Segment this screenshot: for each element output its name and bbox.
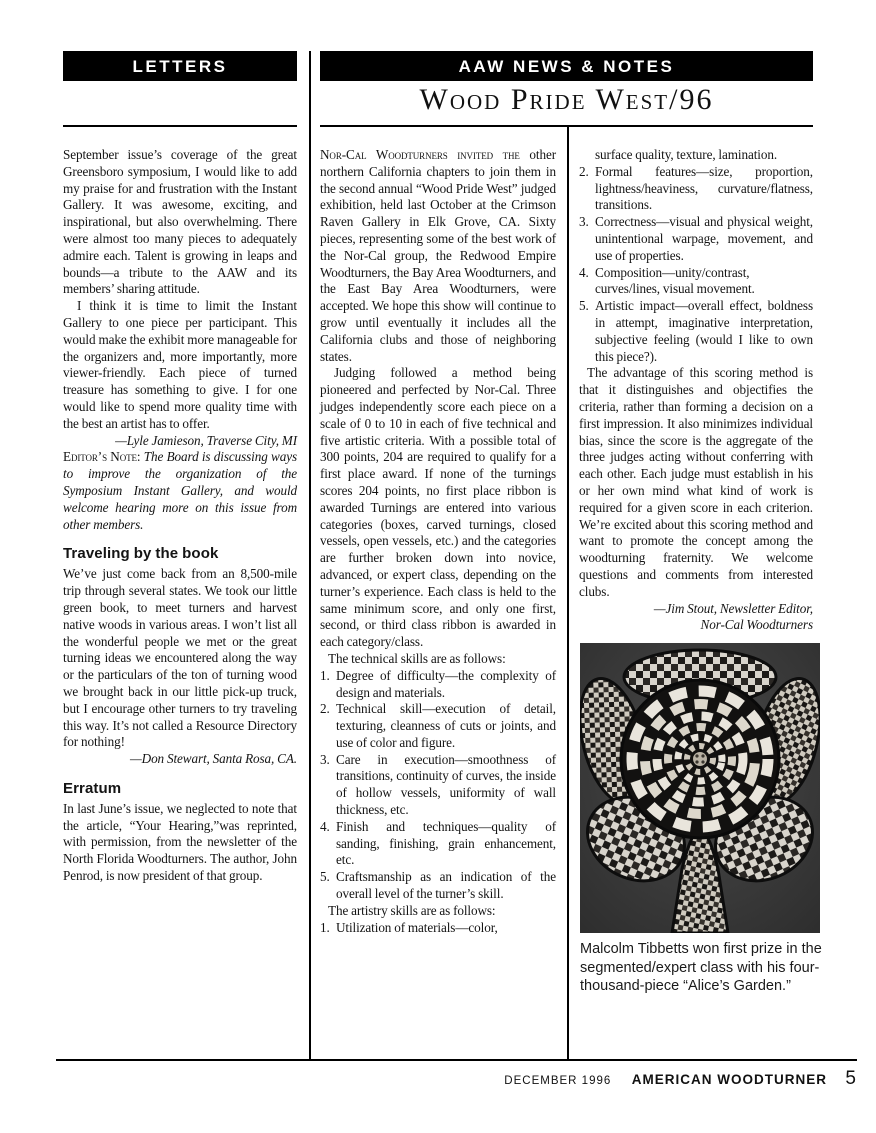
news-paragraph: Nor-Cal Woodturners invited the other no… bbox=[320, 147, 556, 365]
letters-column: September issue’s coverage of the great … bbox=[63, 147, 297, 885]
footer-page-number: 5 bbox=[845, 1068, 856, 1089]
letter-paragraph: I think it is time to limit the Instant … bbox=[63, 298, 297, 432]
column-rule-left bbox=[309, 51, 311, 1059]
technical-skill-item: 5.Craftsmanship as an indication of the … bbox=[320, 869, 556, 903]
artistry-skill-item: 4.Composition—unity/contrast, curves/lin… bbox=[579, 265, 813, 299]
letter-paragraph: In last June’s issue, we neglected to no… bbox=[63, 801, 297, 885]
article-title: Wood Pride West/96 bbox=[320, 83, 813, 117]
technical-skills-intro: The technical skills are as follows: bbox=[320, 651, 556, 668]
editors-note: Editor’s Note: The Board is discussing w… bbox=[63, 449, 297, 533]
letters-section-header: LETTERS bbox=[63, 51, 297, 81]
letter-heading: Traveling by the book bbox=[63, 544, 297, 563]
artistry-skill-continuation: surface quality, texture, lamination. bbox=[579, 147, 813, 164]
technical-skill-item: 3.Care in execution—smoothness of transi… bbox=[320, 752, 556, 819]
news-column-2: surface quality, texture, lamination. 2.… bbox=[579, 147, 813, 996]
letter-paragraph: We’ve just come back from an 8,500-mile … bbox=[63, 566, 297, 751]
news-section-header: AAW NEWS & NOTES bbox=[320, 51, 813, 81]
news-column-1: Nor-Cal Woodturners invited the other no… bbox=[320, 147, 556, 936]
letter-paragraph: September issue’s coverage of the great … bbox=[63, 147, 297, 298]
page-footer: DECEMBER 1996 AMERICAN WOODTURNER 5 bbox=[56, 1068, 856, 1090]
footer-issue-date: DECEMBER 1996 bbox=[504, 1075, 611, 1087]
artistry-skills-intro: The artistry skills are as follows: bbox=[320, 903, 556, 920]
artistry-skill-item: 5.Artistic impact—overall effect, boldne… bbox=[579, 298, 813, 365]
letter-signature: —Don Stewart, Santa Rosa, CA. bbox=[63, 751, 297, 768]
article-signature: —Jim Stout, Newsletter Editor,Nor-Cal Wo… bbox=[579, 601, 813, 635]
news-paragraph-text: other northern California chapters to jo… bbox=[320, 147, 556, 364]
news-paragraph: The advantage of this scoring method is … bbox=[579, 365, 813, 600]
technical-skill-item: 4.Finish and techniques—quality of sandi… bbox=[320, 819, 556, 869]
column-rule-right bbox=[567, 125, 569, 1059]
news-paragraph: Judging followed a method being pioneere… bbox=[320, 365, 556, 651]
magazine-page: LETTERS AAW NEWS & NOTES Wood Pride West… bbox=[0, 0, 876, 1133]
artistry-skill-item: 3.Correctness—visual and physical weight… bbox=[579, 214, 813, 264]
letters-divider-rule bbox=[63, 125, 297, 127]
photo-caption: Malcolm Tibbetts won first prize in the … bbox=[580, 940, 832, 996]
lead-in-small-caps: Nor-Cal Woodturners invited the bbox=[320, 147, 520, 162]
footer-magazine-title: AMERICAN WOODTURNER bbox=[632, 1072, 827, 1087]
artistry-skill-item: 1.Utilization of materials—color, bbox=[320, 920, 556, 937]
letter-heading: Erratum bbox=[63, 779, 297, 798]
editors-note-label: Editor’s Note: bbox=[63, 449, 140, 464]
technical-skill-item: 1.Degree of difficulty—the complexity of… bbox=[320, 668, 556, 702]
technical-skill-item: 2.Technical skill—execution of detail, t… bbox=[320, 701, 556, 751]
artwork-photo bbox=[580, 643, 820, 933]
artistry-skill-item: 2.Formal features—size, proportion, ligh… bbox=[579, 164, 813, 214]
artwork-figure: Malcolm Tibbetts won first prize in the … bbox=[580, 643, 820, 996]
letter-signature: —Lyle Jamieson, Traverse City, MI bbox=[63, 433, 297, 450]
footer-rule bbox=[56, 1059, 857, 1061]
